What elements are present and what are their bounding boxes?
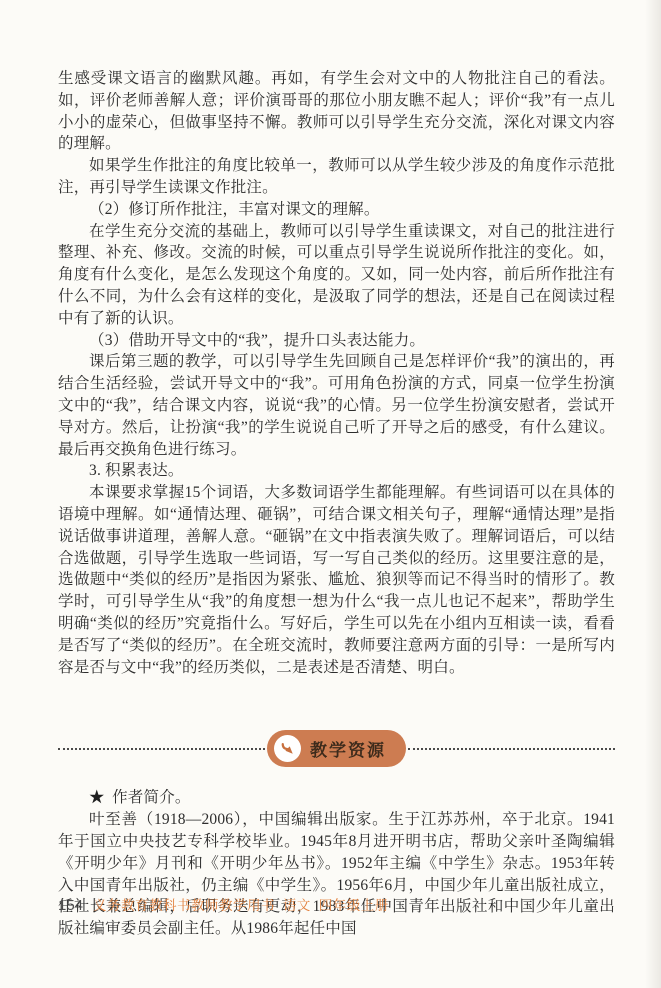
- body-paragraph: 课后第三题的教学，可以引导学生先回顾自己是怎样评价“我”的演出的，再结合生活经验…: [58, 351, 615, 460]
- page-footer: 154 义务教育教科书教师教学用书 语文 四年级上册: [58, 894, 389, 914]
- body-paragraph: 如果学生作批注的角度比较单一，教师可以从学生较少涉及的角度作示范批注，再引导学生…: [58, 155, 615, 199]
- author-bio-paragraph: 叶至善（1918—2006），中国编辑出版家。生于江苏苏州，卒于北京。1941年…: [58, 809, 615, 940]
- badge-label: 教学资源: [310, 736, 386, 761]
- section-divider: 教学资源: [58, 730, 615, 767]
- page-body: 生感受课文语言的幽默风趣。再如，有学生会对文中的人物批注自己的看法。如，评价老师…: [0, 0, 661, 940]
- body-paragraph: 在学生充分交流的基础上，教师可以引导学生重读课文，对自己的批注进行整理、补充、修…: [58, 221, 615, 330]
- body-paragraph: 本课要求掌握15个词语，大多数词语学生都能理解。有些词语可以在具体的语境中理解。…: [58, 482, 615, 678]
- curved-arrow-down-right-icon: [274, 735, 301, 762]
- dotted-line-right: [408, 748, 615, 750]
- dotted-line-left: [58, 748, 265, 750]
- author-intro-heading-label: 作者简介。: [112, 789, 191, 806]
- numbered-point-2: （2）修订所作批注，丰富对课文的理解。: [58, 199, 615, 221]
- page-number: 154: [58, 897, 83, 914]
- list-item-heading: 3. 积累表达。: [58, 460, 615, 482]
- teaching-resources-badge: 教学资源: [267, 730, 406, 767]
- numbered-point-3: （3）借助开导文中的“我”，提升口头表达能力。: [58, 330, 615, 352]
- body-paragraph: 生感受课文语言的幽默风趣。再如，有学生会对文中的人物批注自己的看法。如，评价老师…: [58, 68, 615, 155]
- book-page: 生感受课文语言的幽默风趣。再如，有学生会对文中的人物批注自己的看法。如，评价老师…: [0, 0, 661, 988]
- star-icon: ★: [89, 789, 105, 806]
- author-intro-heading: ★ 作者简介。: [58, 787, 615, 809]
- book-title: 义务教育教科书教师教学用书 语文 四年级上册: [93, 894, 389, 914]
